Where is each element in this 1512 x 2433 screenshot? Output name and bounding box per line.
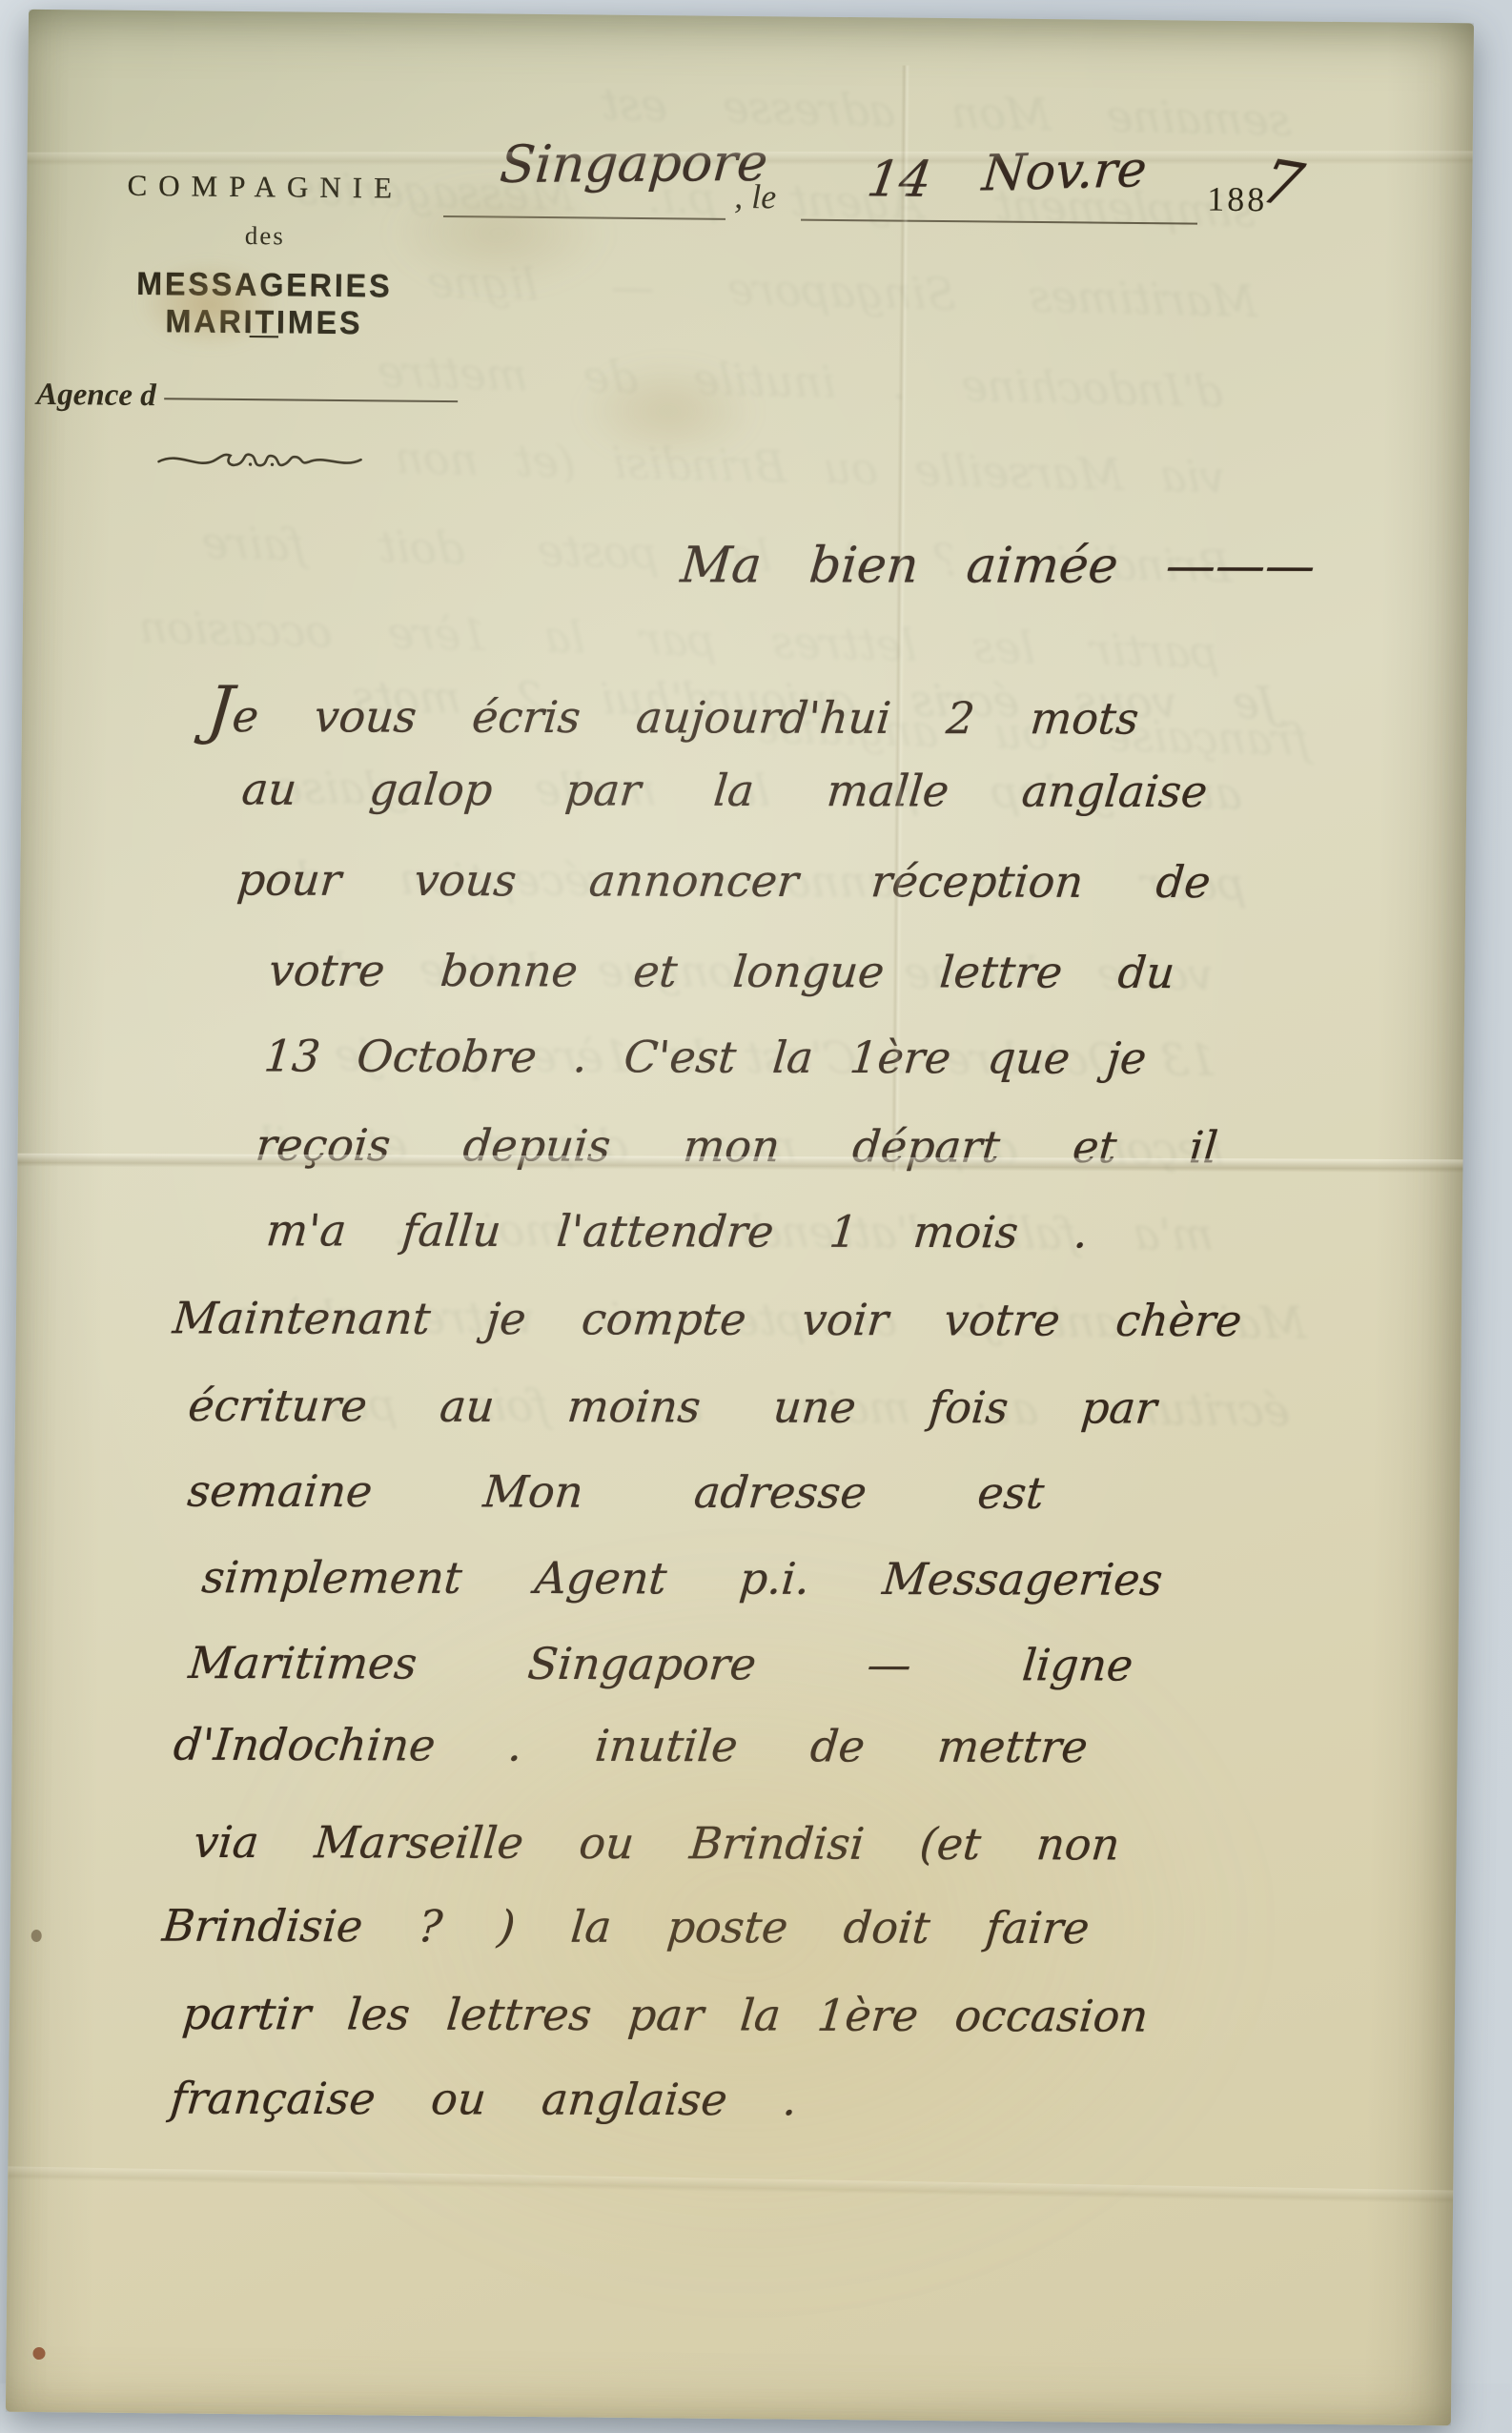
handwritten-line: française ou anglaise . xyxy=(168,2073,799,2126)
handwritten-line: via Marseille ou Brindisi (et non xyxy=(192,1816,1122,1871)
ink-speck xyxy=(31,1930,42,1942)
fold-crease xyxy=(8,2166,1453,2203)
handwritten-year-digit: 7 xyxy=(1255,147,1310,222)
bleedthrough-line: partir les lettres par la 1ère occasion xyxy=(137,602,1220,679)
handwritten-line: simplement Agent p.i. Messageries xyxy=(200,1551,1165,1605)
bleedthrough-line: d'Indochine . inutile de mettre xyxy=(376,345,1224,417)
salutation: Ma bien aimée ——— xyxy=(679,537,1318,595)
letterhead-company-line2: des xyxy=(122,220,408,253)
letter-paper: Je vous écris aujourd'hui 2 mots au galo… xyxy=(6,10,1474,2383)
handwritten-line: semaine Mon adresse est xyxy=(185,1465,1046,1519)
agency-blank-line xyxy=(164,394,458,402)
handwritten-line: reçois depuis mon départ et il xyxy=(254,1119,1220,1174)
handwritten-line: m'a fallu l'attendre 1 mois . xyxy=(264,1204,1090,1257)
handwritten-line: au galop par la malle anglaise xyxy=(240,764,1210,818)
fold-crease-vertical xyxy=(890,66,909,1172)
handwritten-line: Je vous écris aujourd'hui 2 mots xyxy=(204,672,1142,748)
handwritten-line: partir les lettres par la 1ère occasion xyxy=(180,1988,1151,2042)
handwritten-line: Maintenant je compte voir votre chère xyxy=(171,1292,1244,1346)
handwritten-day: 14 xyxy=(864,151,935,209)
agency-line: Agence d xyxy=(36,378,458,417)
printed-le-label: , le xyxy=(734,176,776,216)
handwritten-line: Maritimes Singapore — ligne xyxy=(187,1637,1135,1691)
flourish-ornament xyxy=(155,447,363,480)
handwritten-line: votre bonne et longue lettre du xyxy=(267,945,1177,998)
stain-patch xyxy=(578,358,760,464)
handwritten-line: pour vous annoncer réception de xyxy=(235,854,1213,909)
handwritten-month: Nov.re xyxy=(980,141,1149,202)
bleedthrough-line: via Marseille ou Brindisi (et non xyxy=(393,432,1226,503)
handwritten-line: écriture au moins une fois par xyxy=(186,1380,1158,1434)
handwritten-line: 13 Octobre . C'est la 1ère que je xyxy=(262,1030,1149,1083)
handwritten-line: Brindisie ? ) la poste doit faire xyxy=(160,1900,1092,1954)
letterhead-divider: — xyxy=(121,317,407,353)
handwritten-place: Singapore xyxy=(498,133,770,194)
letterhead-company-line1: COMPAGNIE xyxy=(122,169,408,206)
ink-speck xyxy=(32,2347,45,2360)
agency-label: Agence d xyxy=(36,378,156,413)
bleedthrough-line: Maritimes Singapore — ligne xyxy=(425,256,1257,327)
handwritten-line: d'Indochine . inutile de mettre xyxy=(172,1719,1090,1772)
